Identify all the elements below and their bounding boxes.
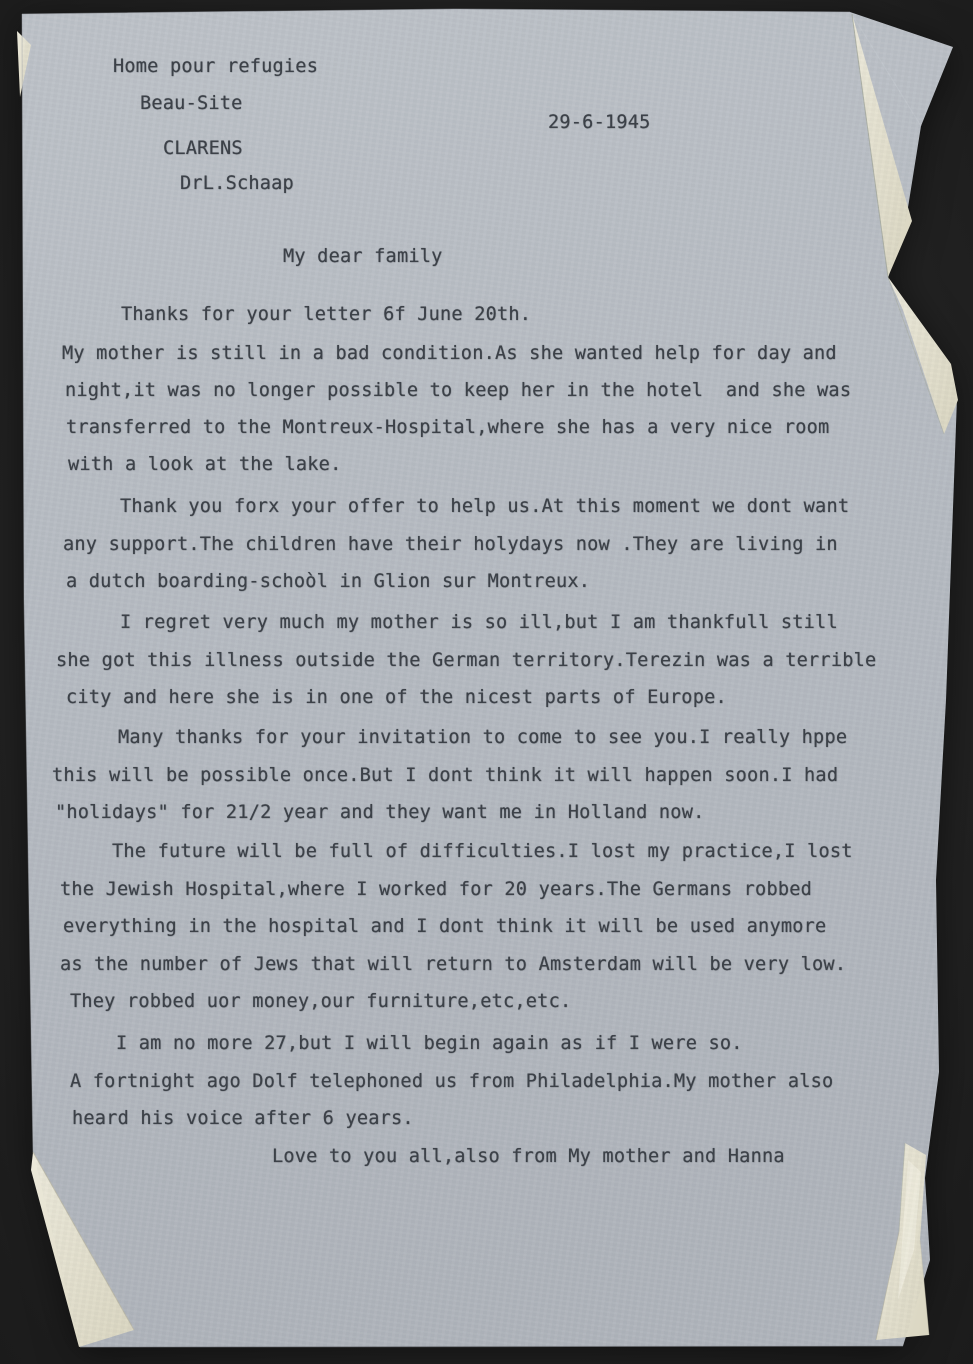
body-line: heard his voice after 6 years. <box>72 1108 414 1130</box>
body-line: a dutch boarding-schoòl in Glion sur Mon… <box>66 571 590 593</box>
body-line: My mother is still in a bad condition.As… <box>62 343 837 365</box>
body-line: Thanks for your letter 6f June 20th. <box>121 304 531 326</box>
body-line: transferred to the Montreux-Hospital,whe… <box>66 417 829 439</box>
body-line: everything in the hospital and I dont th… <box>63 916 826 938</box>
body-line: I regret very much my mother is so ill,b… <box>120 612 838 634</box>
body-line: city and here she is in one of the nices… <box>66 687 727 709</box>
letter-photo: Home pour refugiesBeau-Site29-6-1945CLAR… <box>0 0 973 1364</box>
body-line: I am no more 27,but I will begin again a… <box>116 1033 743 1055</box>
body-line: The future will be full of difficulties.… <box>112 841 853 863</box>
body-line: this will be possible once.But I dont th… <box>52 765 838 787</box>
body-line: she got this illness outside the German … <box>56 650 876 672</box>
letter-text: Home pour refugiesBeau-Site29-6-1945CLAR… <box>0 0 973 1364</box>
body-line: A fortnight ago Dolf telephoned us from … <box>70 1071 833 1093</box>
header-city: CLARENS <box>163 138 243 160</box>
header-author: DrL.Schaap <box>180 173 294 195</box>
body-line: night,it was no longer possible to keep … <box>65 380 851 402</box>
body-line: Thank you forx your offer to help us.At … <box>120 496 849 518</box>
header-site: Beau-Site <box>140 93 243 115</box>
body-line: "holidays" for 21/2 year and they want m… <box>55 802 704 824</box>
closing-line: Love to you all,also from My mother and … <box>272 1146 785 1168</box>
body-line: They robbed uor money,our furniture,etc,… <box>70 991 571 1013</box>
header-org: Home pour refugies <box>113 56 318 78</box>
body-line: any support.The children have their holy… <box>63 534 838 556</box>
body-line: the Jewish Hospital,where I worked for 2… <box>60 879 812 901</box>
body-line: with a look at the lake. <box>68 454 341 476</box>
body-line: Many thanks for your invitation to come … <box>118 727 847 749</box>
photo-background: { "colors":{ "background":"#262626", "pa… <box>0 0 973 1364</box>
body-line: as the number of Jews that will return t… <box>60 954 846 976</box>
header-date: 29-6-1945 <box>548 112 651 134</box>
salutation: My dear family <box>283 246 443 268</box>
